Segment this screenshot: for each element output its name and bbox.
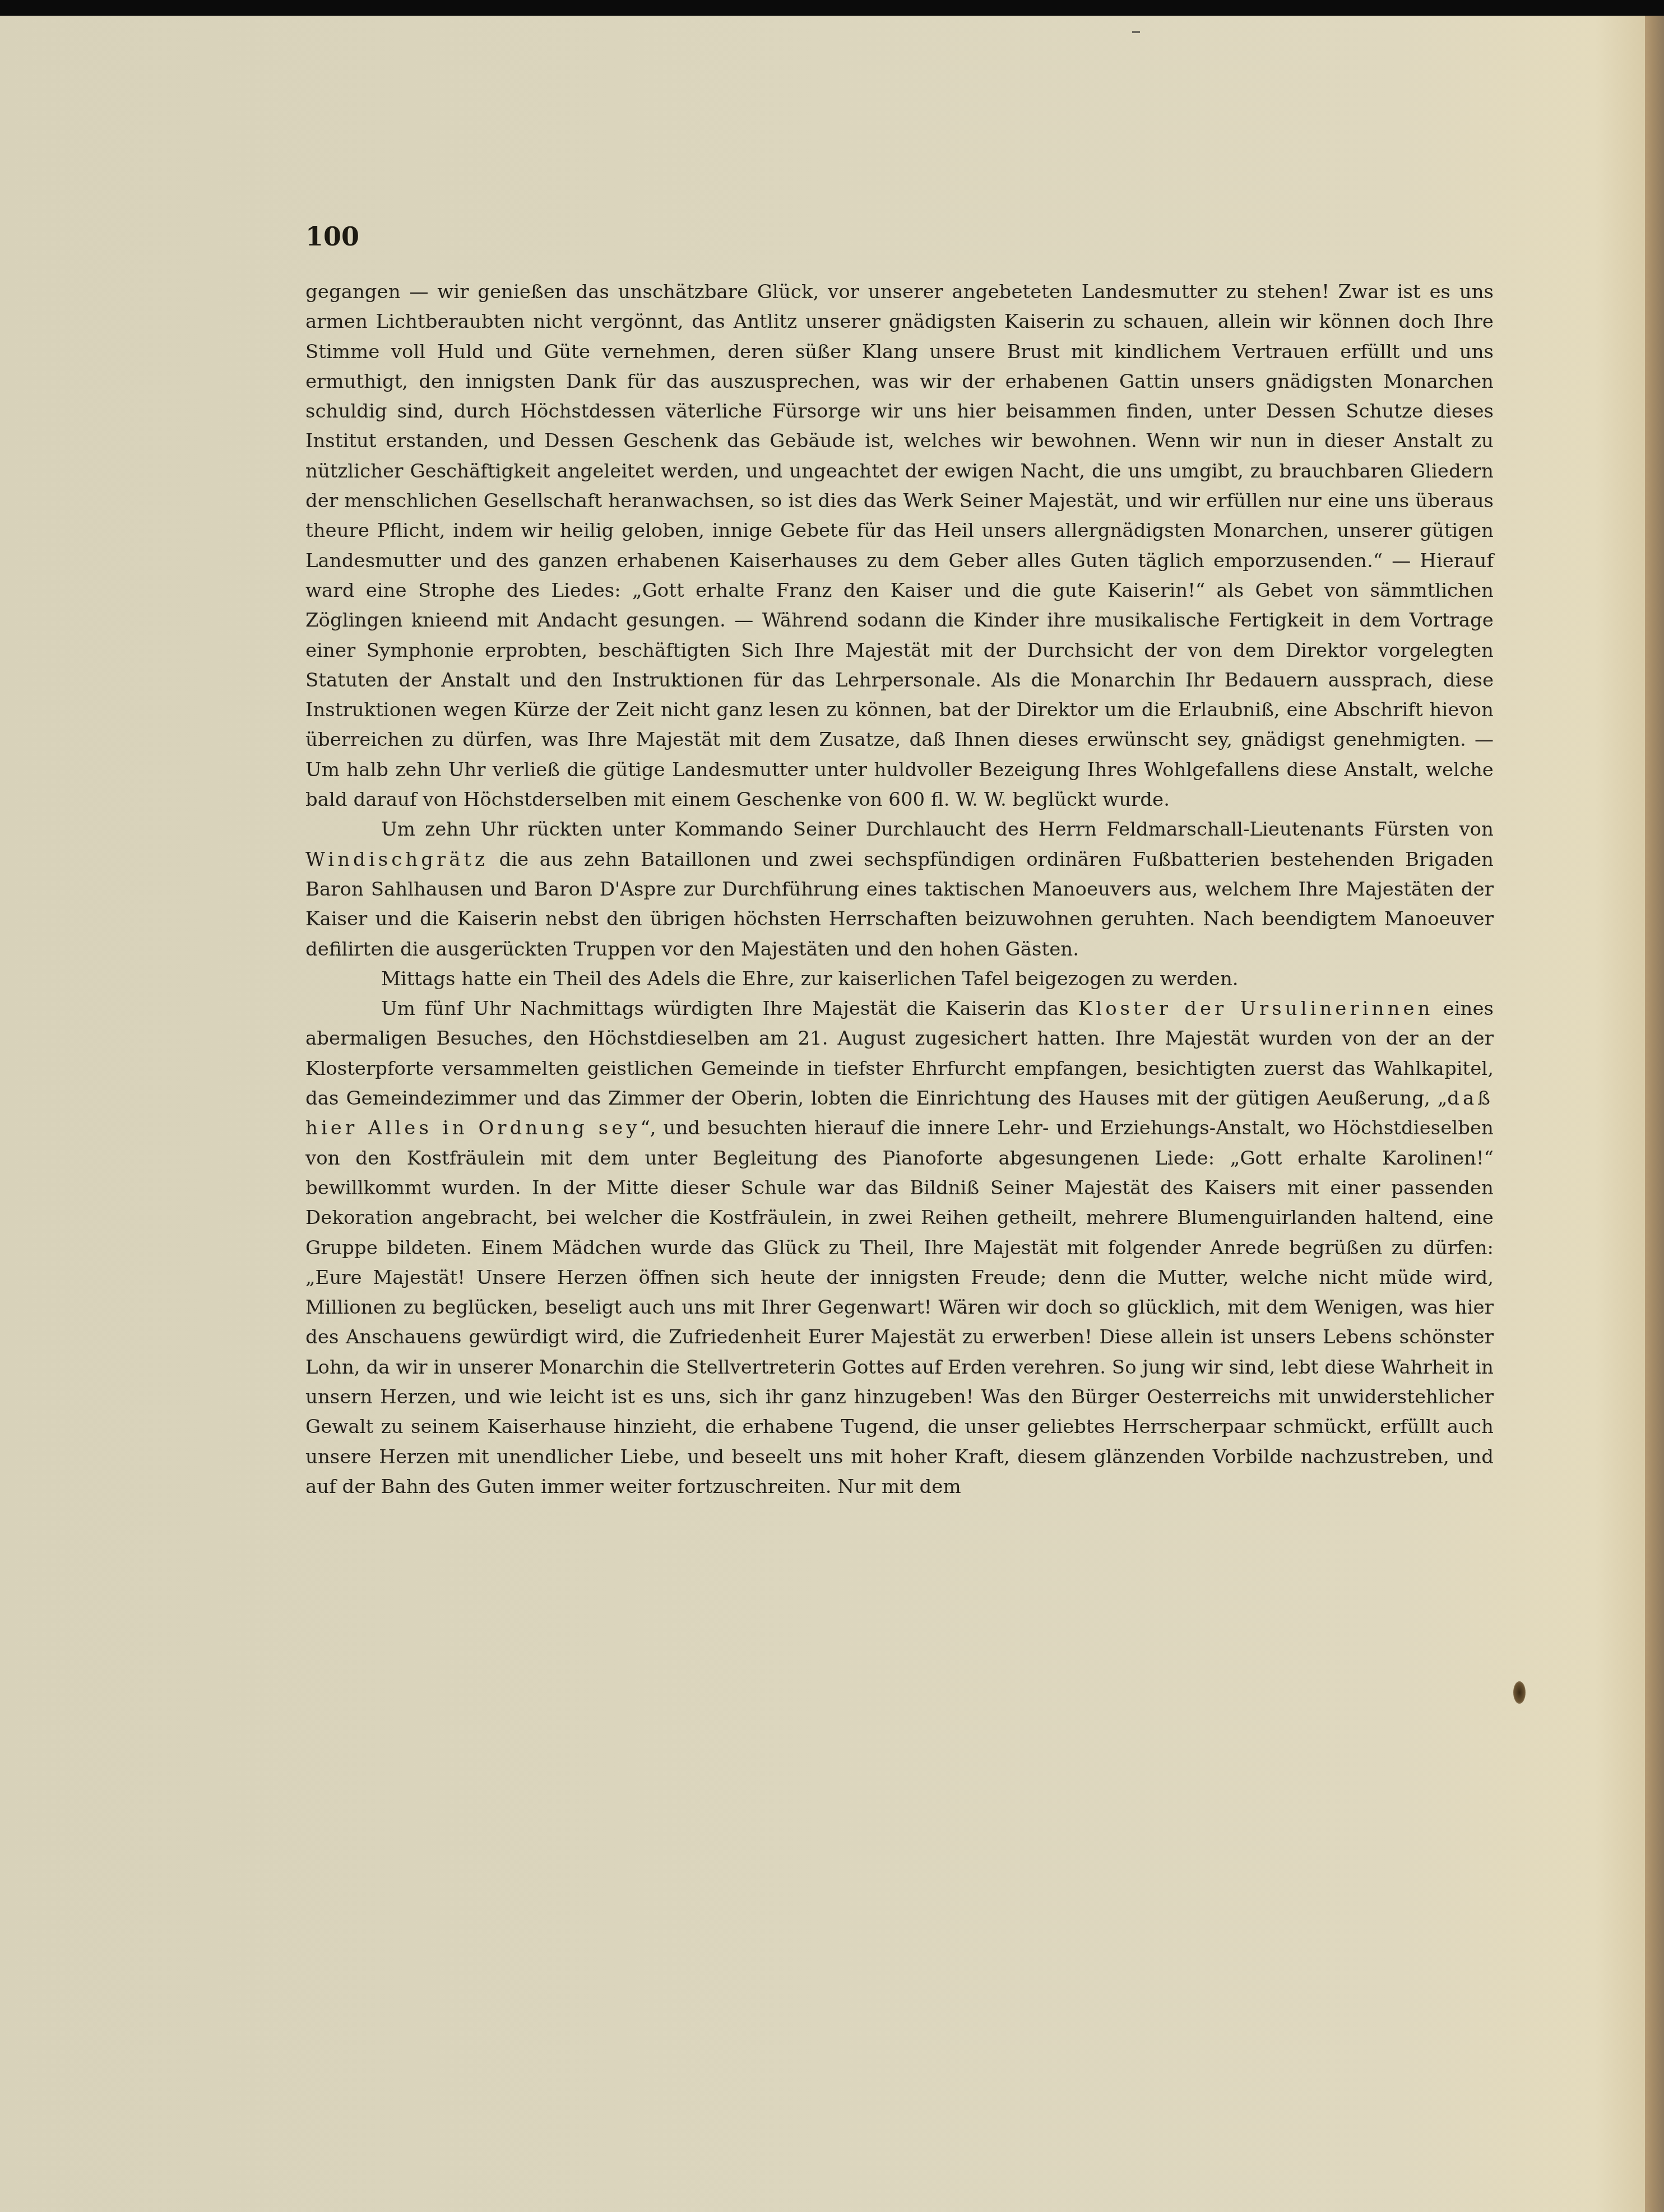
ink-stain — [1513, 1681, 1526, 1704]
paragraph-1: gegangen — wir genießen das unschätzbare… — [305, 277, 1494, 815]
spaced-name-windischgraetz: Windischgrätz — [305, 848, 488, 871]
paragraph-4: Um fünf Uhr Nachmittags würdigten Ihre M… — [305, 994, 1494, 1502]
page-number: 100 — [305, 221, 359, 252]
scan-speck — [1132, 31, 1140, 33]
paragraph-3: Mittags hatte ein Theil des Adels die Eh… — [305, 964, 1494, 994]
body-text: gegangen — wir genießen das unschätzbare… — [305, 277, 1494, 1502]
book-spine-edge — [1645, 16, 1664, 2212]
scan-top-border — [0, 0, 1664, 17]
paragraph-2: Um zehn Uhr rückten unter Kommando Seine… — [305, 815, 1494, 964]
spaced-kloster: Kloster der Ursulinerinnen — [1078, 998, 1434, 1020]
paragraph-4-text-after: “, und besuchten hierauf die innere Lehr… — [305, 1117, 1494, 1498]
paragraph-2-text-before: Um zehn Uhr rückten unter Kommando Seine… — [381, 818, 1494, 841]
paragraph-4-text-before: Um fünf Uhr Nachmittags würdigten Ihre M… — [381, 998, 1078, 1020]
